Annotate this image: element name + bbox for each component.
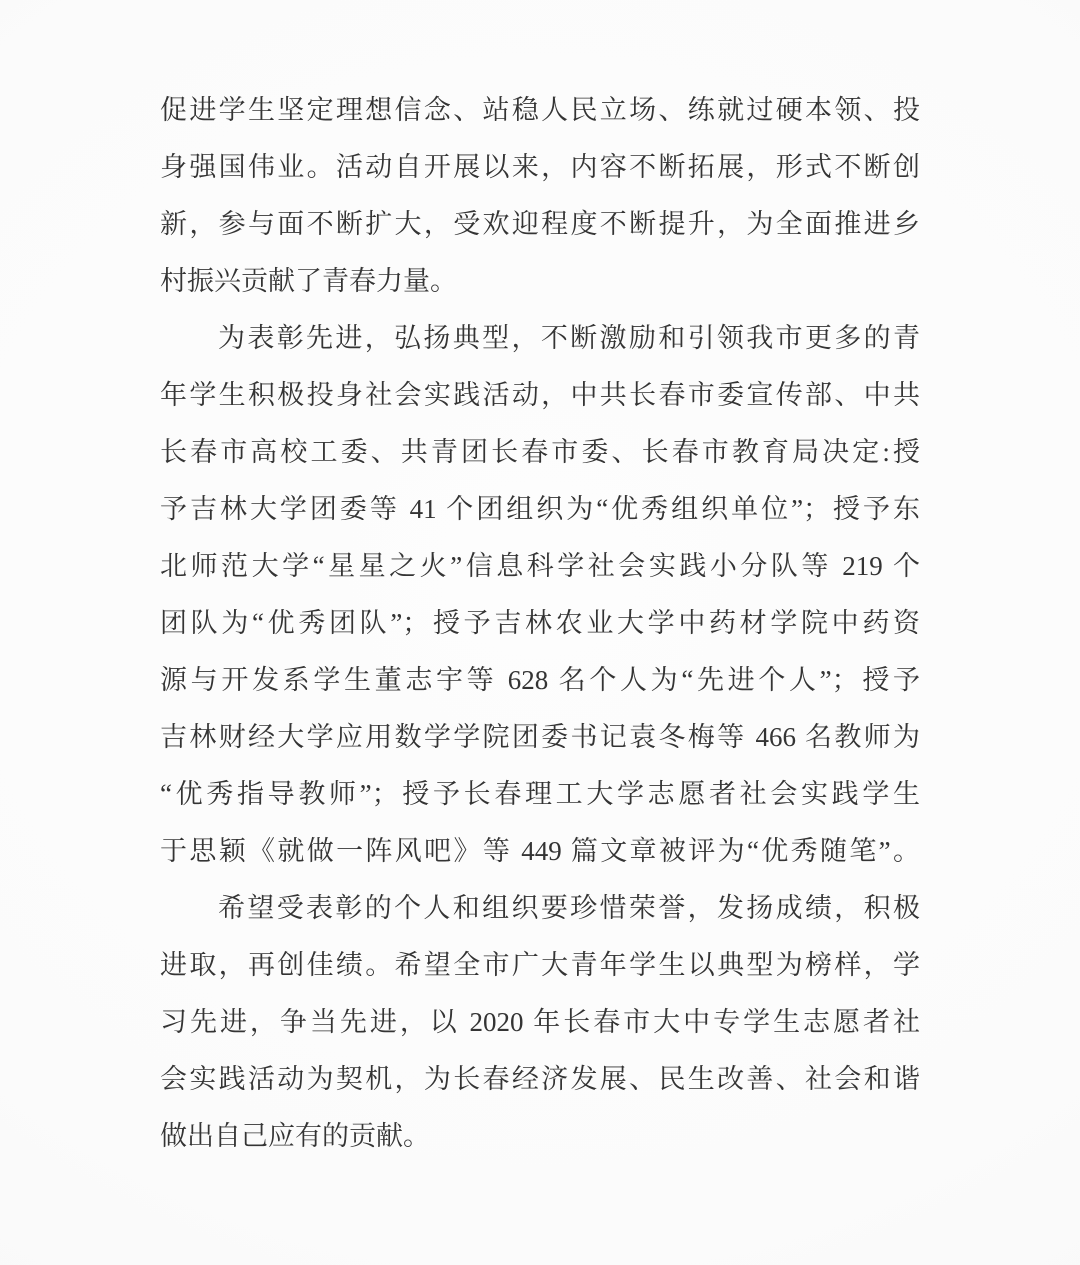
text-line: 习先进，争当先进，以 2020 年长春市大中专学生志愿者社 xyxy=(160,994,920,1051)
document-text-block: 促进学生坚定理想信念、站稳人民立场、练就过硬本领、投身强国伟业。活动自开展以来，… xyxy=(160,82,920,1165)
text-line: 村振兴贡献了青春力量。 xyxy=(160,253,920,310)
text-line: 新，参与面不断扩大，受欢迎程度不断提升，为全面推进乡 xyxy=(160,196,920,253)
text-line: 促进学生坚定理想信念、站稳人民立场、练就过硬本领、投 xyxy=(160,82,920,139)
text-line: 希望受表彰的个人和组织要珍惜荣誉，发扬成绩，积极 xyxy=(160,880,920,937)
text-line: 源与开发系学生董志宇等 628 名个人为“先进个人”；授予 xyxy=(160,652,920,709)
text-line: 予吉林大学团委等 41 个团组织为“优秀组织单位”；授予东 xyxy=(160,481,920,538)
text-line: 为表彰先进，弘扬典型，不断激励和引领我市更多的青 xyxy=(160,310,920,367)
text-line: 长春市高校工委、共青团长春市委、长春市教育局决定:授 xyxy=(160,424,920,481)
text-line: 年学生积极投身社会实践活动，中共长春市委宣传部、中共 xyxy=(160,367,920,424)
text-line: 身强国伟业。活动自开展以来，内容不断拓展，形式不断创 xyxy=(160,139,920,196)
text-line: 团队为“优秀团队”；授予吉林农业大学中药材学院中药资 xyxy=(160,595,920,652)
text-line: 吉林财经大学应用数学学院团委书记袁冬梅等 466 名教师为 xyxy=(160,709,920,766)
text-line: 做出自己应有的贡献。 xyxy=(160,1108,920,1165)
text-line: 进取，再创佳绩。希望全市广大青年学生以典型为榜样，学 xyxy=(160,937,920,994)
document-page: 促进学生坚定理想信念、站稳人民立场、练就过硬本领、投身强国伟业。活动自开展以来，… xyxy=(0,0,1080,1265)
text-line: “优秀指导教师”；授予长春理工大学志愿者社会实践学生 xyxy=(160,766,920,823)
text-line: 北师范大学“星星之火”信息科学社会实践小分队等 219 个 xyxy=(160,538,920,595)
text-line: 于思颖《就做一阵风吧》等 449 篇文章被评为“优秀随笔”。 xyxy=(160,823,920,880)
text-line: 会实践活动为契机，为长春经济发展、民生改善、社会和谐 xyxy=(160,1051,920,1108)
